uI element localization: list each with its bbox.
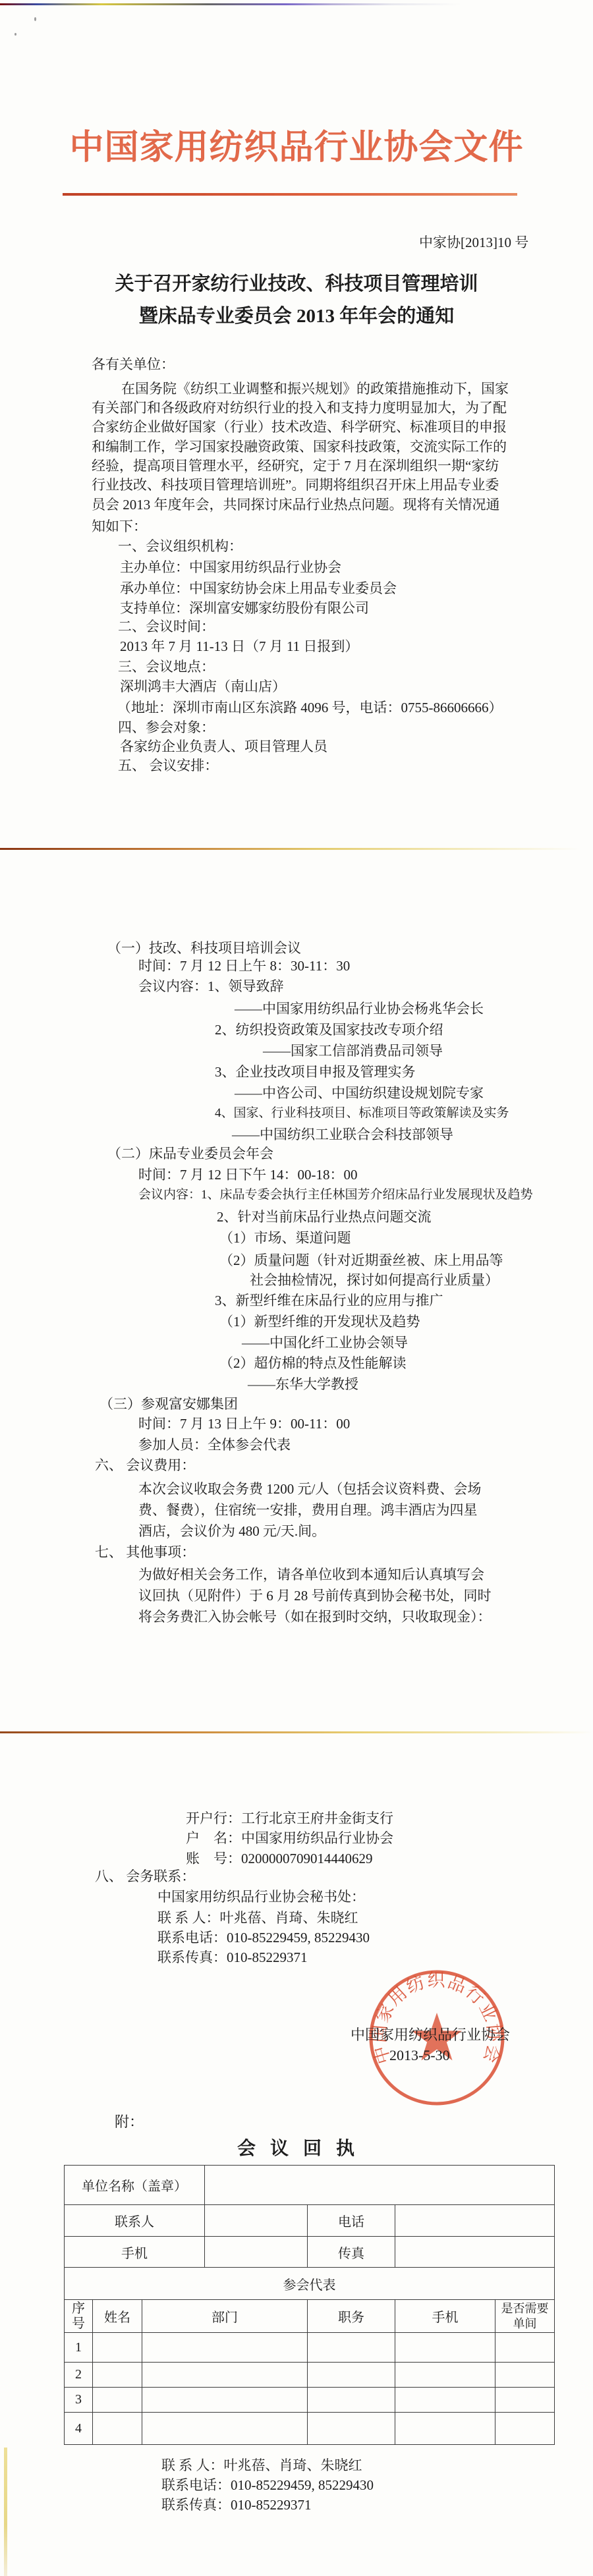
agenda-2-item: 2、针对当前床品行业热点问题交流 [217,1208,432,1225]
scan-speck [34,17,36,21]
mobile-field [205,2237,308,2268]
other-matters-line: 将会务费汇入协会帐号（如在报到时交纳，只收取现金）： [138,1608,492,1625]
scan-artifact-line [0,3,461,5]
account-name-line: 户 名：中国家用纺织品行业协会 [186,1830,393,1847]
section-3-heading: 三、会议地点： [118,658,215,675]
name-field [93,2413,142,2445]
section-5-heading: 五、 会议安排： [118,757,218,774]
agenda-2-item: 3、新型纤维在床品行业的应用与推广 [215,1292,443,1309]
reply-form-upper-table: 单位名称（盖章） 联系人 电话 手机 传真 参会代表 [64,2165,555,2300]
agenda-1-item: 2、纺织投资政策及国家技改专项介绍 [215,1021,443,1038]
name-field [93,2388,142,2413]
contact-fax-line: 联系传真：010-85229371 [157,1949,308,1966]
section-1-heading: 一、会议组织机构： [118,538,242,555]
fee-line: 本次会议收取会务费 1200 元/人（包括会议资料费、会场 [138,1480,481,1498]
bank-name-line: 开户行：工行北京王府井金街支行 [186,1810,393,1827]
account-number-line: 账 号：0200000709014440629 [186,1850,373,1867]
agenda-3-heading: （三）参观富安娜集团 [99,1395,238,1413]
row-number: 2 [65,2363,93,2388]
document-number: 中家协[2013]10 号 [419,234,528,251]
venue-line: 深圳鸿丰大酒店（南山店） [120,678,286,695]
host-unit-line: 主办单位：中国家用纺织品行业协会 [120,559,341,576]
organizer-unit-line: 承办单位：中国家纺协会床上用品专业委员会 [120,580,397,597]
section-4-heading: 四、参会对象： [118,719,215,736]
intro-line: 在国务院《纺织工业调整和振兴规划》的政策措施推动下，国家 [121,380,509,397]
col-header-name: 姓名 [93,2300,142,2333]
fee-line: 费、餐费），住宿统一安排，费用自理。鸿丰酒店为四星 [138,1501,478,1519]
signature-org: 中国家用纺织品行业协会 [351,2026,510,2044]
support-unit-line: 支持单位：深圳富安娜家纺股份有限公司 [120,600,369,617]
agenda-2-speaker: ——中国化纤工业协会领导 [242,1334,408,1351]
notice-title-line2: 暨床品专业委员会 2013 年年会的通知 [0,304,593,328]
agenda-2-time: 时间：7 月 12 日下午 14：00-18：00 [138,1166,358,1183]
other-matters-line: 议回执（见附件）于 6 月 28 号前传真到协会秘书处，同时 [138,1587,492,1604]
agenda-3-time: 时间：7 月 13 日上午 9：00-11：00 [138,1415,350,1432]
agenda-2-heading: （二）床品专业委员会年会 [107,1145,273,1162]
agenda-2-item: 社会抽检情况，探讨如何提高行业质量） [250,1272,499,1289]
row-number: 3 [65,2388,93,2413]
mobile-field [395,2388,495,2413]
section-2-heading: 二、会议时间： [118,618,215,635]
agenda-1-speaker: ——中咨公司、中国纺织建设规划院专家 [235,1084,484,1102]
agenda-3-attendees: 参加人员：全体参会代表 [138,1436,291,1453]
department-field [142,2333,308,2363]
section-8-heading: 八、 会务联系： [95,1868,195,1885]
scan-streak-artifact [4,2448,7,2576]
single-room-field [495,2388,555,2413]
phone-field [395,2205,555,2237]
department-field [142,2413,308,2445]
phone-label: 电话 [308,2205,395,2237]
footer-contact-phone: 联系电话：010-85229459, 85229430 [161,2477,374,2494]
intro-line: 有关部门和各级政府对纺织行业的投入和支持力度明显加大，为了配 [92,399,507,416]
agenda-1-speaker: ——中国纺织工业联合会科技部领导 [232,1126,453,1143]
signature-date: 2013-5-30 [389,2046,450,2065]
intro-line: 行业技改、科技项目管理培训班”。同期将组织召开床上用品专业委 [92,476,499,493]
agenda-1-item: 4、国家、行业科技项目、标准项目等政策解读及实务 [215,1106,509,1121]
other-matters-line: 为做好相关会务工作，请各单位收到本通知后认真填写会 [138,1566,484,1583]
col-header-single-room: 是否需要单间 [495,2300,555,2333]
venue-address-line: （地址：深圳市南山区东滨路 4096 号，电话：0755-86606666） [117,699,503,716]
contact-label: 联系人 [65,2205,205,2237]
page-break-line [0,848,580,850]
mobile-field [395,2333,495,2363]
agenda-2-item: （2）超仿棉的特点及性能解读 [219,1355,407,1372]
col-header-index-text: 序号 [71,2301,86,2332]
fax-field [395,2237,555,2268]
salutation: 各有关单位： [92,356,175,373]
name-field [93,2333,142,2363]
page-break-line [0,1731,593,1733]
agenda-1-item: 3、企业技改项目申报及管理实务 [215,1063,416,1080]
contact-phone-line: 联系电话：010-85229459, 85229430 [157,1929,370,1946]
agenda-1-item: 会议内容：1、领导致辞 [138,978,284,995]
position-field [308,2413,395,2445]
secretariat-line: 中国家用纺织品行业协会秘书处： [157,1888,365,1905]
department-field [142,2363,308,2388]
row-number: 4 [65,2413,93,2445]
unit-name-field [205,2166,555,2205]
notice-title-line1: 关于召开家纺行业技改、科技项目管理培训 [0,272,593,296]
agenda-2-item: 会议内容：1、床品专委会执行主任林国芳介绍床品行业发展现状及趋势 [138,1187,533,1203]
fee-line: 酒店，会议价为 480 元/天.间。 [138,1523,325,1540]
col-header-position: 职务 [308,2300,395,2333]
single-room-field [495,2363,555,2388]
contact-persons-line: 联 系 人：叶兆蓓、肖琦、朱晓红 [157,1909,358,1926]
mobile-field [395,2363,495,2388]
letterhead-rule [63,193,517,196]
section-6-heading: 六、 会议费用： [95,1457,195,1474]
agenda-1-heading: （一）技改、科技项目培训会议 [107,939,301,957]
position-field [308,2333,395,2363]
intro-line: 知如下： [92,518,147,535]
position-field [308,2363,395,2388]
unit-name-label: 单位名称（盖章） [65,2166,205,2205]
name-field [93,2363,142,2388]
agenda-2-speaker: ——东华大学教授 [248,1376,358,1393]
delegates-section-label: 参会代表 [65,2268,555,2300]
reply-form-delegates-table: 序号 姓名 部门 职务 手机 是否需要单间 1 2 3 4 [64,2299,555,2445]
agenda-1-time: 时间：7 月 12 日上午 8：30-11：30 [138,957,350,974]
agenda-1-speaker: ——国家工信部消费品司领导 [263,1042,443,1059]
scan-speck [14,33,16,36]
col-header-mobile: 手机 [395,2300,495,2333]
section-7-heading: 七、 其他事项： [95,1544,195,1561]
agenda-2-item: （1）新型纤维的开发现状及趋势 [219,1313,420,1330]
single-room-field [495,2333,555,2363]
reply-form-title: 会议回执 [0,2137,593,2160]
agenda-2-item: （1）市场、渠道问题 [219,1229,351,1246]
footer-contact-persons: 联 系 人：叶兆蓓、肖琦、朱晓红 [161,2457,362,2474]
col-header-department: 部门 [142,2300,308,2333]
contact-field [205,2205,308,2237]
meeting-date-line: 2013 年 7 月 11-13 日（7 月 11 日报到） [120,638,358,655]
scanned-document-page: 中国家用纺织品行业协会文件 中家协[2013]10 号 关于召开家纺行业技改、科… [0,0,593,2576]
single-room-field [495,2413,555,2445]
letterhead-org-title: 中国家用纺织品行业协会文件 [0,126,593,169]
mobile-field [395,2413,495,2445]
agenda-1-speaker: ——中国家用纺织品行业协会杨兆华会长 [235,1000,484,1017]
agenda-2-item: （2）质量问题（针对近期蚕丝被、床上用品等 [219,1252,503,1269]
intro-line: 员会 2013 年度年会，共同探讨床品行业热点问题。现将有关情况通 [92,496,500,513]
position-field [308,2388,395,2413]
intro-line: 合家纺企业做好国家（行业）技术改造、科学研究、标准项目的申报 [92,418,507,435]
intro-line: 和编制工作，学习国家投融资政策、国家科技政策，交流实际工作的 [92,438,507,455]
intro-line: 经验，提高项目管理水平，经研究，定于 7 月在深圳组织一期“家纺 [92,457,499,474]
col-header-single-room-text: 是否需要单间 [497,2301,553,2331]
row-number: 1 [65,2333,93,2363]
attendees-line: 各家纺企业负责人、项目管理人员 [120,738,327,755]
department-field [142,2388,308,2413]
footer-contact-fax: 联系传真：010-85229371 [161,2496,312,2513]
attachment-label: 附： [115,2113,144,2131]
mobile-label: 手机 [65,2237,205,2268]
fax-label: 传真 [308,2237,395,2268]
col-header-index: 序号 [65,2300,93,2333]
